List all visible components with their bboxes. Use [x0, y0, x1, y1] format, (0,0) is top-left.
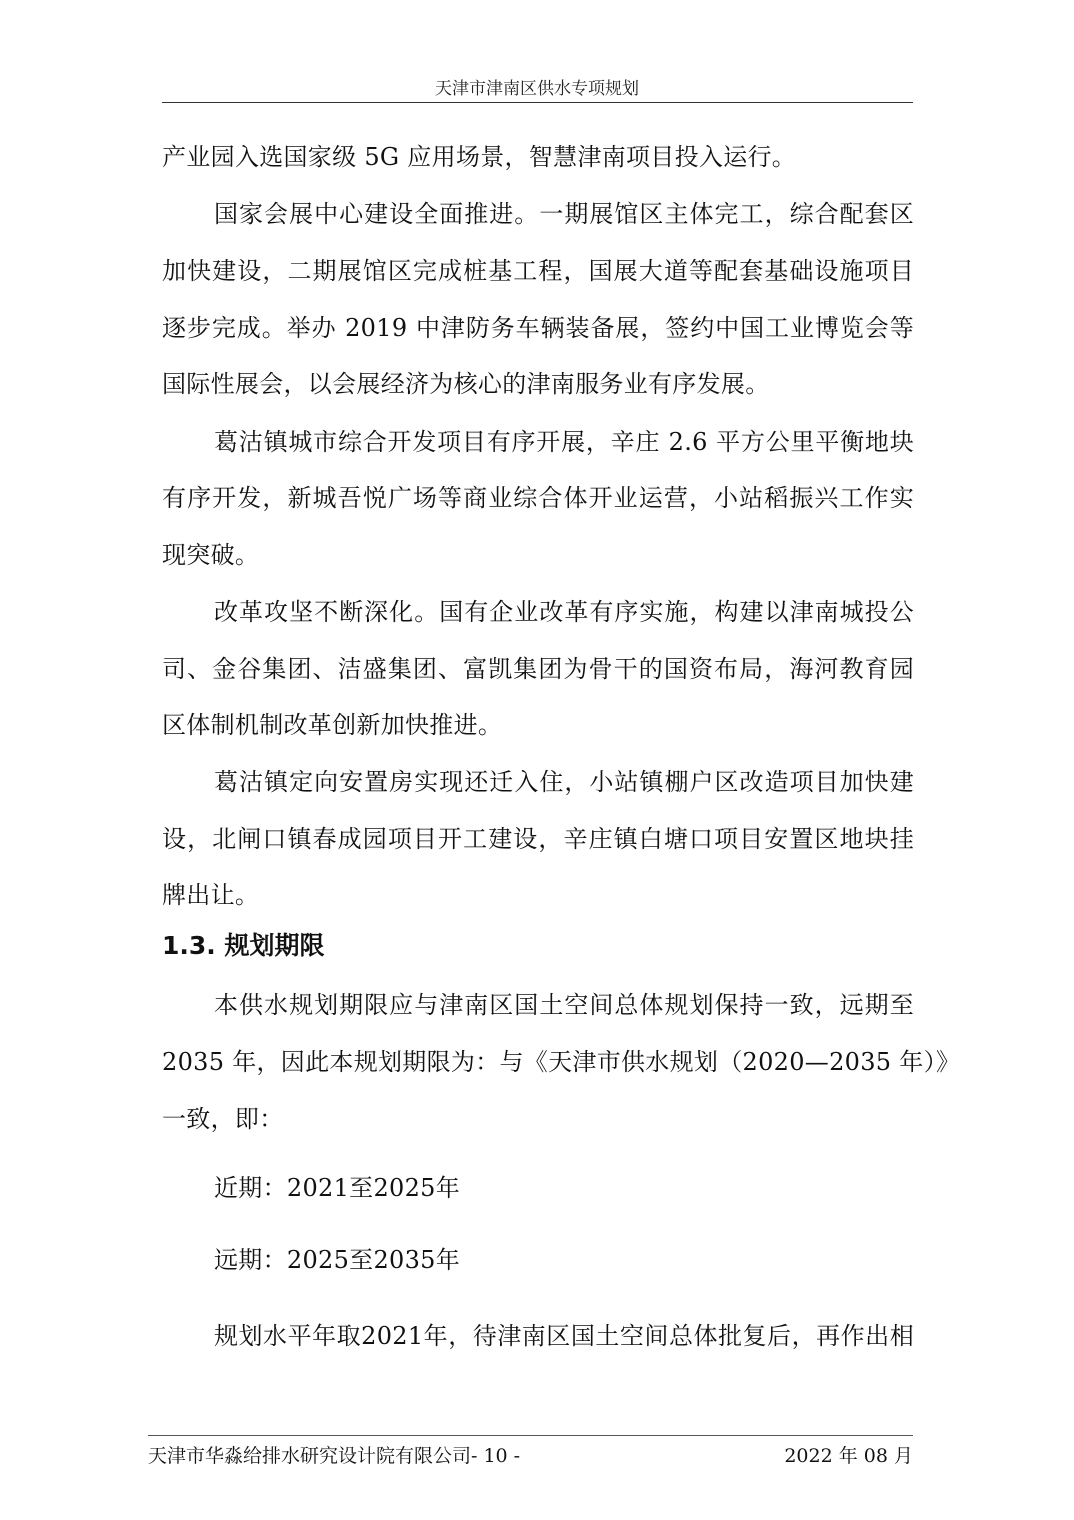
footer-divider	[148, 1435, 913, 1436]
page-header-title: 天津市津南区供水专项规划	[162, 74, 912, 99]
body-line: 国际性展会，以会展经济为核心的津南服务业有序发展。	[162, 369, 914, 399]
body-line: 产业园入选国家级 5G 应用场景，智慧津南项目投入运行。	[162, 142, 914, 172]
body-line: 牌出让。	[162, 880, 914, 910]
near-term-period: 近期：2021至2025年	[214, 1173, 914, 1203]
header-divider	[162, 102, 913, 103]
body-line: 葛沽镇定向安置房实现还迁入住，小站镇棚户区改造项目加快建	[214, 767, 914, 797]
body-line: 现突破。	[162, 540, 914, 570]
body-line: 一致，即：	[162, 1104, 914, 1134]
body-line: 国家会展中心建设全面推进。一期展馆区主体完工，综合配套区	[214, 199, 914, 229]
body-line: 有序开发，新城吾悦广场等商业综合体开业运营，小站稻振兴工作实	[162, 483, 914, 513]
body-line: 改革攻坚不断深化。国有企业改革有序实施，构建以津南城投公	[214, 597, 914, 627]
body-line: 规划水平年取2021年，待津南区国土空间总体批复后，再作出相	[214, 1321, 914, 1351]
long-term-period: 远期：2025至2035年	[214, 1245, 914, 1275]
body-line: 逐步完成。举办 2019 中津防务车辆装备展，签约中国工业博览会等	[162, 313, 914, 343]
body-line: 区体制机制改革创新加快推进。	[162, 710, 914, 740]
body-line: 本供水规划期限应与津南区国土空间总体规划保持一致，远期至	[214, 990, 914, 1020]
body-line: 设，北闸口镇春成园项目开工建设，辛庄镇白塘口项目安置区地块挂	[162, 824, 914, 854]
body-line: 司、金谷集团、洁盛集团、富凯集团为骨干的国资布局，海河教育园	[162, 654, 914, 684]
footer-company-page-number: 天津市华淼给排水研究设计院有限公司- 10 -	[148, 1441, 520, 1468]
body-line: 加快建设，二期展馆区完成桩基工程，国展大道等配套基础设施项目	[162, 256, 914, 286]
body-line: 葛沽镇城市综合开发项目有序开展，辛庄 2.6 平方公里平衡地块	[214, 427, 914, 457]
section-heading: 1.3. 规划期限	[162, 930, 325, 962]
footer-date: 2022 年 08 月	[784, 1441, 913, 1468]
body-line: 2035 年，因此本规划期限为：与《天津市供水规划（2020—2035 年）》	[162, 1047, 914, 1077]
